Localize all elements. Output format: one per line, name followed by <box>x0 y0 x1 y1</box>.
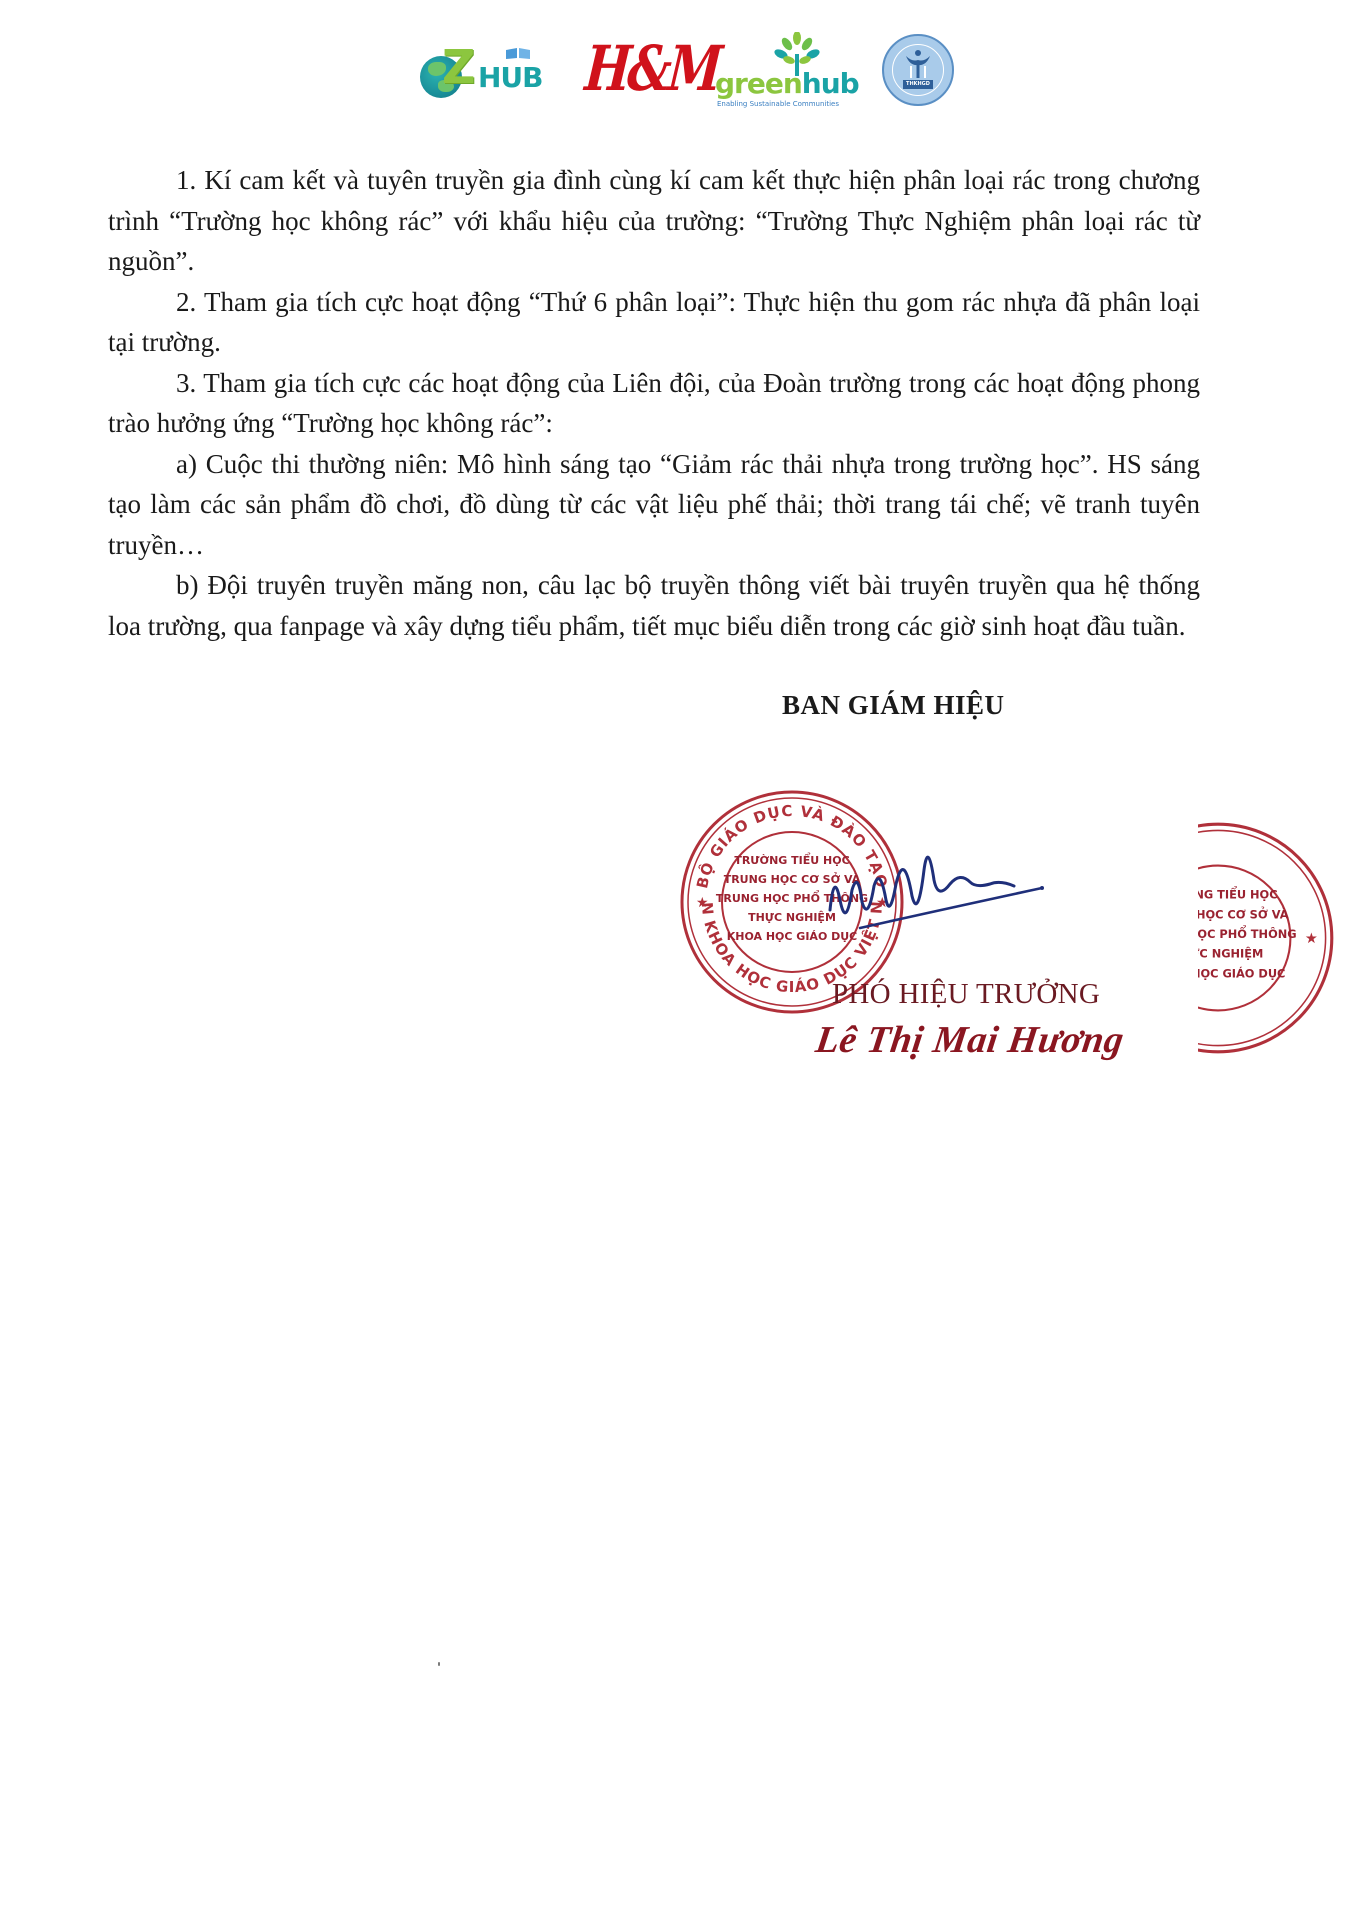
zhub-hub-text: HUB <box>478 64 543 92</box>
svg-text:KHOA HỌC GIÁO DỤC: KHOA HỌC GIÁO DỤC <box>1198 966 1285 980</box>
greenhub-logo: greenhub Enabling Sustainable Communitie… <box>715 32 855 110</box>
svg-text:THỰC NGHIỆM: THỰC NGHIỆM <box>1198 947 1263 961</box>
svg-text:★: ★ <box>696 895 709 911</box>
commitment-paragraph-3b: b) Đội truyên truyền măng non, câu lạc b… <box>108 565 1200 646</box>
commitment-paragraph-1: 1. Kí cam kết và tuyên truyền gia đình c… <box>108 160 1200 282</box>
caduceus-figure-icon <box>902 48 934 80</box>
open-book-icon <box>504 46 532 60</box>
greenhub-hub-text: hub <box>802 67 859 100</box>
greenhub-green-text: green <box>715 67 802 100</box>
emblem-circle: THKHGD <box>882 34 954 106</box>
board-title: BAN GIÁM HIỆU <box>782 690 1005 721</box>
partner-logos: Z HUB H&M greenhub Enabling Sustainable … <box>0 30 1358 110</box>
svg-text:TRƯỜNG TIỂU HỌC: TRƯỜNG TIỂU HỌC <box>1198 887 1278 902</box>
svg-text:TRUNG HỌC CƠ SỞ VÀ: TRUNG HỌC CƠ SỞ VÀ <box>1198 907 1289 921</box>
handwritten-signature <box>800 810 1050 950</box>
stamp-partial-graphic: ★ TRƯỜNG TIỂU HỌCTRUNG HỌC CƠ SỞ VÀTRUNG… <box>1198 818 1338 1058</box>
hm-wordmark: H&M <box>583 38 722 100</box>
commitment-paragraph-3a: a) Cuộc thi thường niên: Mô hình sáng tạ… <box>108 444 1200 566</box>
svg-text:★: ★ <box>1305 931 1318 947</box>
signer-name: Lê Thị Mai Hương <box>813 1018 1127 1062</box>
greenhub-wordmark: greenhub <box>715 70 859 98</box>
zhub-z-letter: Z <box>442 44 475 90</box>
svg-text:TRUNG HỌC PHỔ THÔNG: TRUNG HỌC PHỔ THÔNG <box>1198 926 1297 941</box>
scan-speck <box>438 1662 440 1666</box>
signer-position: PHÓ HIỆU TRƯỞNG <box>832 978 1100 1011</box>
document-body: 1. Kí cam kết và tuyên truyền gia đình c… <box>108 160 1200 646</box>
official-stamp-partial: ★ TRƯỜNG TIỂU HỌCTRUNG HỌC CƠ SỞ VÀTRUNG… <box>1198 818 1338 1058</box>
school-emblem-logo: THKHGD <box>882 34 954 106</box>
commitment-paragraph-2: 2. Tham gia tích cực hoạt động “Thứ 6 ph… <box>108 282 1200 363</box>
commitment-paragraph-3: 3. Tham gia tích cực các hoạt động của L… <box>108 363 1200 444</box>
greenhub-tagline: Enabling Sustainable Communities <box>717 100 839 108</box>
emblem-label: THKHGD <box>903 80 933 89</box>
hm-logo: H&M <box>586 36 686 106</box>
zhub-logo: Z HUB <box>420 42 550 102</box>
